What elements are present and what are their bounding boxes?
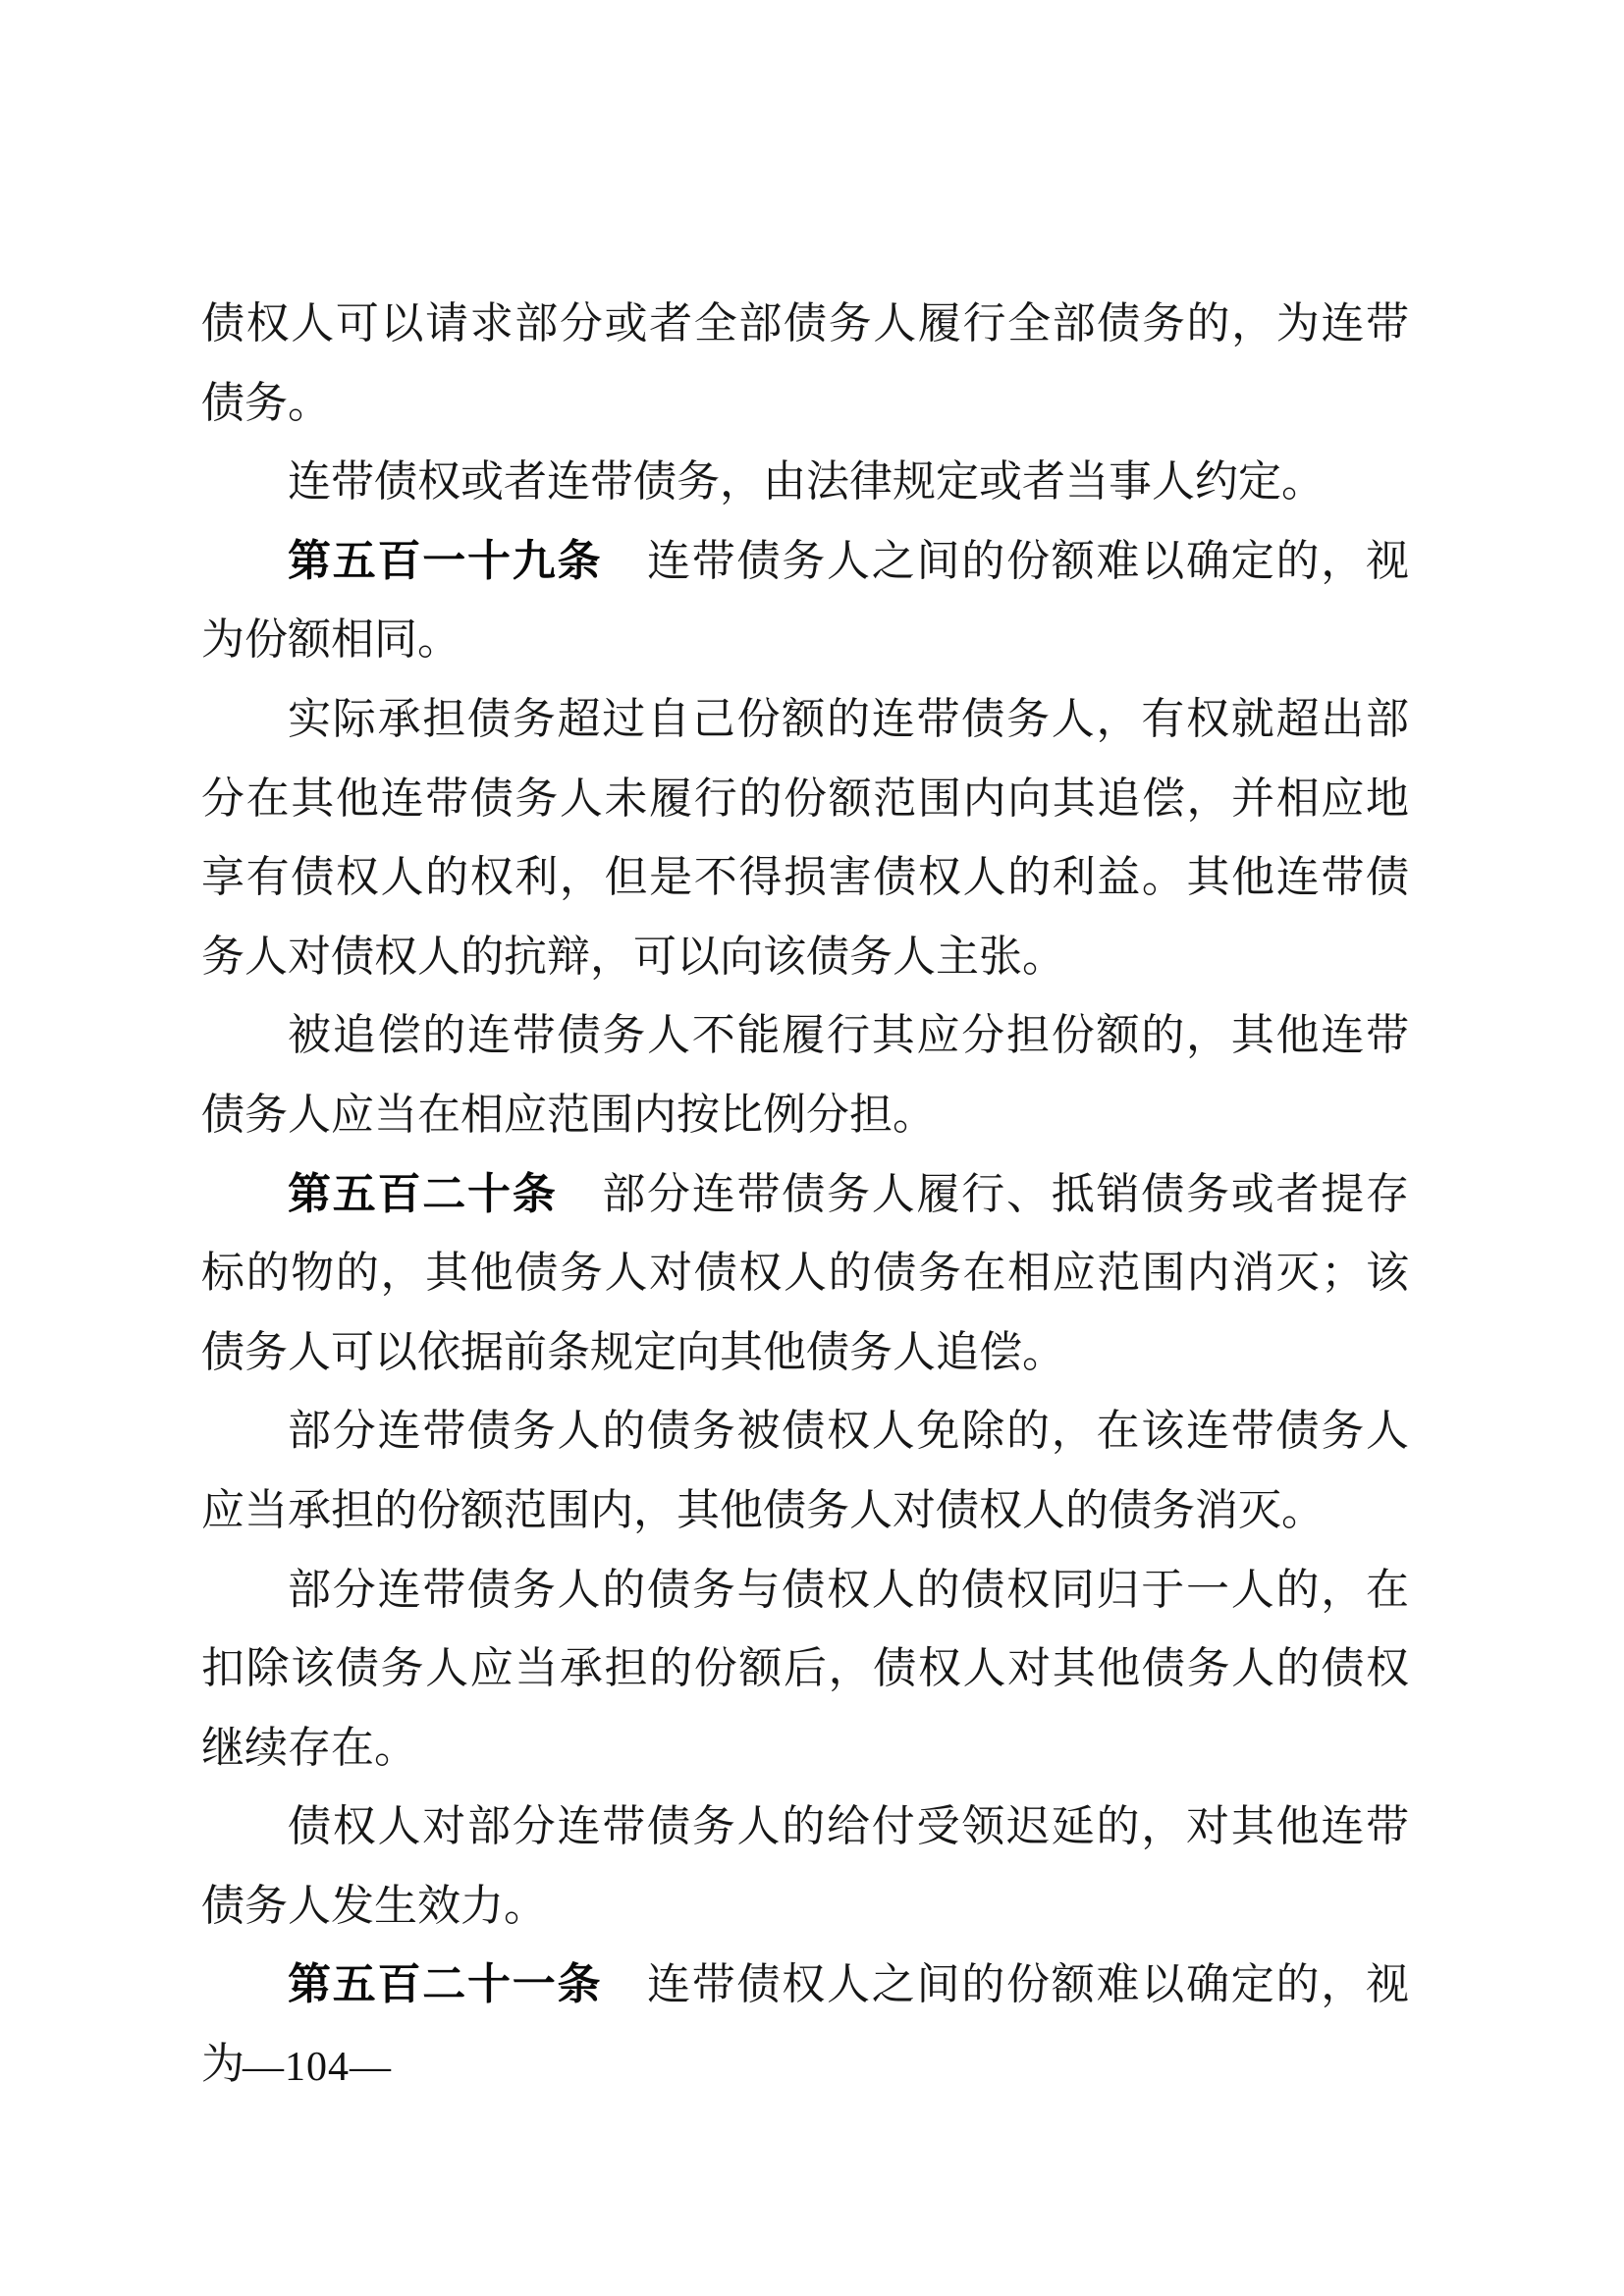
paragraph: 被追偿的连带债务人不能履行其应分担份额的，其他连带债务人应当在相应范围内按比例分… <box>201 996 1409 1154</box>
paragraph-text: 债权人可以请求部分或者全部债务人履行全部债务的，为连带债务。 <box>201 299 1409 427</box>
paragraph-text: 连带债权或者连带债务，由法律规定或者当事人约定。 <box>288 457 1325 506</box>
article-number-bold: 第五百二十条 <box>288 1170 558 1218</box>
paragraph-text: 债权人对部分连带债务人的给付受领迟延的，对其他连带债务人发生效力。 <box>201 1802 1409 1930</box>
paragraph-text: 被追偿的连带债务人不能履行其应分担份额的，其他连带债务人应当在相应范围内按比例分… <box>201 1011 1409 1139</box>
paragraph-text: 部分连带债务人的债务被债权人免除的，在该连带债务人应当承担的份额范围内，其他债务… <box>201 1407 1409 1534</box>
page-number: —104— <box>243 2046 392 2089</box>
article-number-bold: 第五百一十九条 <box>288 537 602 585</box>
article-number-bold: 第五百二十一条 <box>288 1960 602 2008</box>
legal-text-block: 债权人可以请求部分或者全部债务人履行全部债务的，为连带债务。 连带债权或者连带债… <box>201 285 1409 2105</box>
document-page: 债权人可以请求部分或者全部债务人履行全部债务的，为连带债务。 连带债权或者连带债… <box>0 0 1624 2296</box>
paragraph: 债权人对部分连带债务人的给付受领迟延的，对其他连带债务人发生效力。 <box>201 1788 1409 1946</box>
paragraph: 第五百二十条 部分连带债务人履行、抵销债务或者提存标的物的，其他债务人对债权人的… <box>201 1155 1409 1393</box>
paragraph-text: 部分连带债务人的债务与债权人的债权同归于一人的，在扣除该债务人应当承担的份额后，… <box>201 1566 1409 1772</box>
paragraph: 第五百一十九条 连带债务人之间的份额难以确定的，视为份额相同。 <box>201 522 1409 680</box>
paragraph: 连带债权或者连带债务，由法律规定或者当事人约定。 <box>201 443 1409 522</box>
paragraph: 实际承担债务超过自己份额的连带债务人，有权就超出部分在其他连带债务人未履行的份额… <box>201 680 1409 996</box>
paragraph: 部分连带债务人的债务与债权人的债权同归于一人的，在扣除该债务人应当承担的份额后，… <box>201 1551 1409 1789</box>
paragraph-text: 实际承担债务超过自己份额的连带债务人，有权就超出部分在其他连带债务人未履行的份额… <box>201 695 1409 981</box>
paragraph: 部分连带债务人的债务被债权人免除的，在该连带债务人应当承担的份额范围内，其他债务… <box>201 1392 1409 1550</box>
paragraph: 债权人可以请求部分或者全部债务人履行全部债务的，为连带债务。 <box>201 285 1409 443</box>
